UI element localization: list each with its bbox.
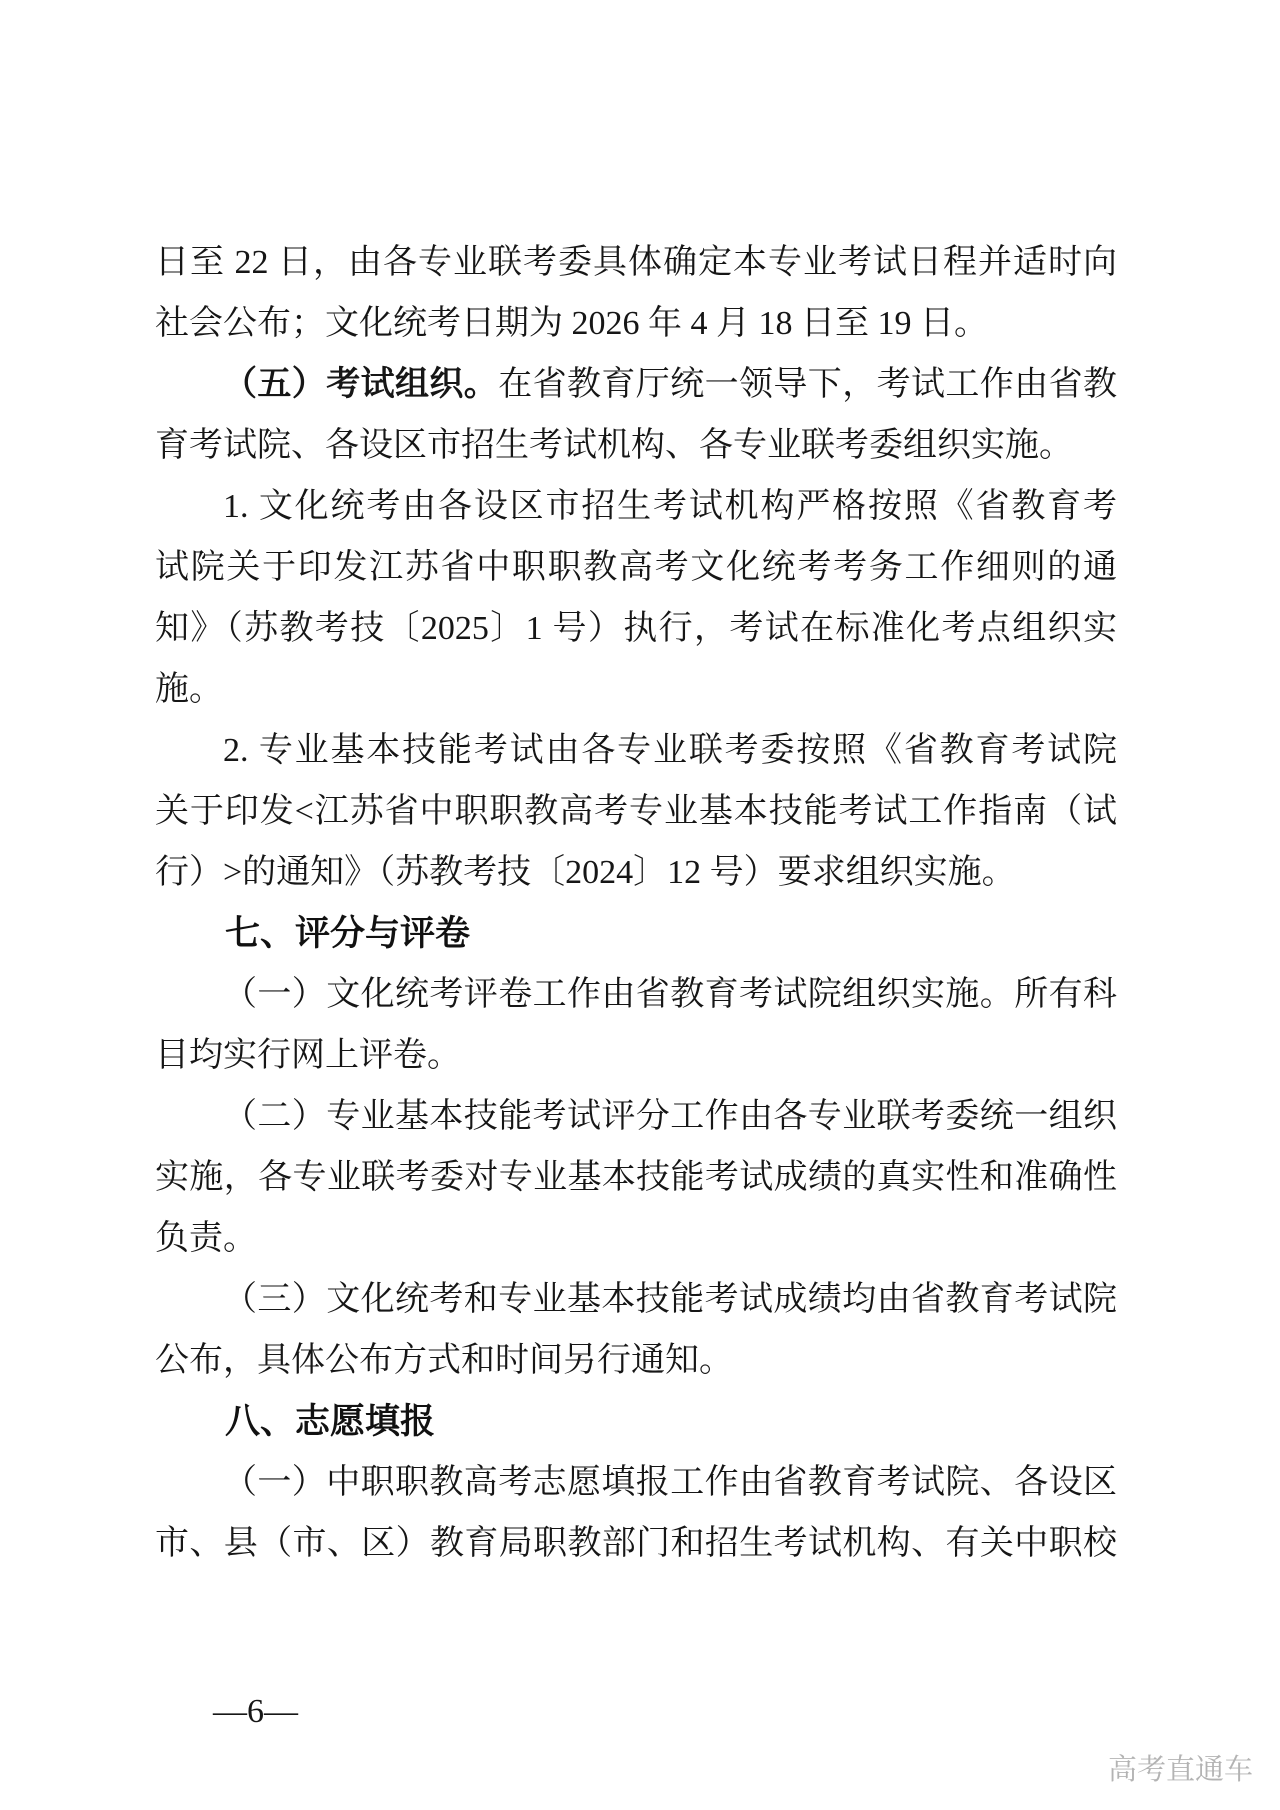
- section-heading: 八、志愿填报: [155, 1391, 1117, 1452]
- document-line: 行）>的通知》（苏教考技〔2024〕12 号）要求组织实施。: [155, 842, 1117, 903]
- document-line: 育考试院、各设区市招生考试机构、各专业联考委组织实施。: [155, 415, 1117, 476]
- document-line: 2. 专业基本技能考试由各专业联考委按照《省教育考试院: [155, 720, 1117, 781]
- document-line: 公布，具体公布方式和时间另行通知。: [155, 1330, 1117, 1391]
- document-line: 日至 22 日，由各专业联考委具体确定本专业考试日程并适时向: [155, 232, 1117, 293]
- document-line: 关于印发<江苏省中职职教高考专业基本技能考试工作指南（试: [155, 781, 1117, 842]
- document-line: （五）考试组织。在省教育厅统一领导下，考试工作由省教: [155, 354, 1117, 415]
- document-line: 目均实行网上评卷。: [155, 1025, 1117, 1086]
- document-line: 知》（苏教考技〔2025〕1 号）执行，考试在标准化考点组织实: [155, 598, 1117, 659]
- paragraph-lead-bold: （五）考试组织。: [223, 366, 498, 403]
- document-line: 1. 文化统考由各设区市招生考试机构严格按照《省教育考: [155, 476, 1117, 537]
- document-line: 施。: [155, 659, 1117, 720]
- document-page: 日至 22 日，由各专业联考委具体确定本专业考试日程并适时向社会公布；文化统考日…: [0, 0, 1280, 1810]
- document-line: （一）文化统考评卷工作由省教育考试院组织实施。所有科: [155, 964, 1117, 1025]
- document-line: （二）专业基本技能考试评分工作由各专业联考委统一组织: [155, 1086, 1117, 1147]
- document-line: 市、县（市、区）教育局职教部门和招生考试机构、有关中职校: [155, 1513, 1117, 1574]
- section-heading: 七、评分与评卷: [155, 903, 1117, 964]
- document-line: （一）中职职教高考志愿填报工作由省教育考试院、各设区: [155, 1452, 1117, 1513]
- document-line: 社会公布；文化统考日期为 2026 年 4 月 18 日至 19 日。: [155, 293, 1117, 354]
- document-line: （三）文化统考和专业基本技能考试成绩均由省教育考试院: [155, 1269, 1117, 1330]
- document-line: 试院关于印发江苏省中职职教高考文化统考考务工作细则的通: [155, 537, 1117, 598]
- document-body: 日至 22 日，由各专业联考委具体确定本专业考试日程并适时向社会公布；文化统考日…: [155, 232, 1117, 1574]
- document-line: 负责。: [155, 1208, 1117, 1269]
- document-line: 实施，各专业联考委对专业基本技能考试成绩的真实性和准确性: [155, 1147, 1117, 1208]
- page-number: —6—: [213, 1692, 298, 1732]
- watermark-label: 高考直通车: [1108, 1752, 1253, 1788]
